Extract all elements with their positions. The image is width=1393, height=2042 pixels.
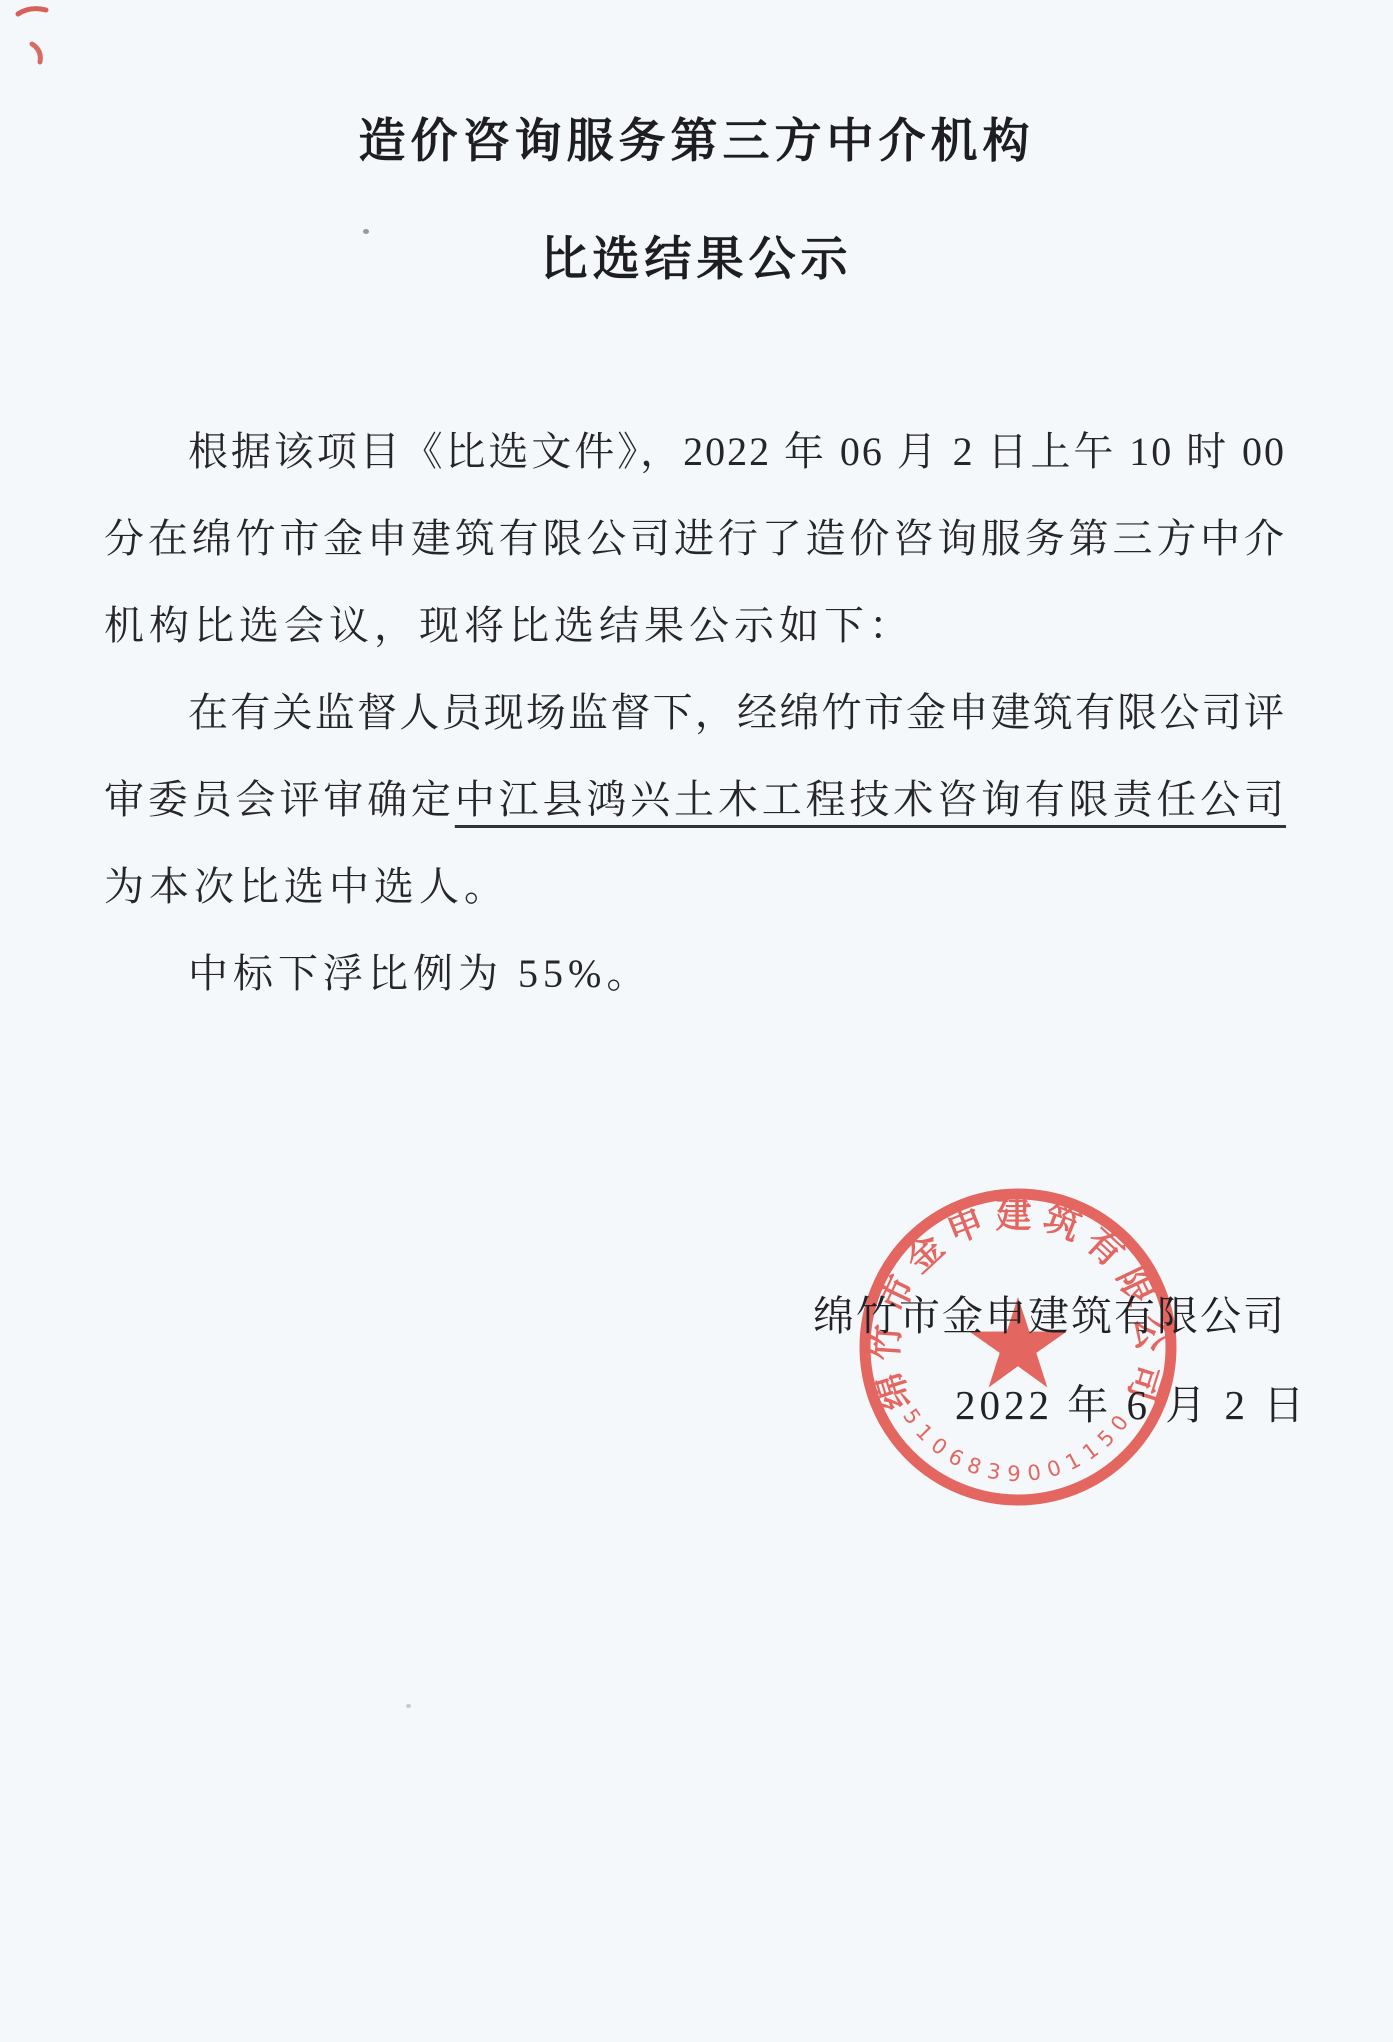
scan-speck <box>406 1704 411 1708</box>
body-line-4: 在有关监督人员现场监督下，经绵竹市金申建筑有限公司评 <box>104 681 1286 741</box>
scan-artifact-red-marks <box>6 0 76 80</box>
winner-company-underlined: 中江县鸿兴土木工程技术咨询有限责任公司 <box>455 777 1286 822</box>
signature-company: 绵竹市金申建筑有限公司 <box>813 1283 1286 1342</box>
company-seal: 绵竹市金申建筑有限公司 5106839001150 <box>853 1182 1183 1512</box>
scan-artifact-stroke-1 <box>18 9 46 14</box>
scan-speck <box>363 229 369 234</box>
body-line-1: 根据该项目《比选文件》，2022 年 06 月 2 日上午 10 时 00 <box>104 420 1286 480</box>
body-line-5-prefix: 审委员会评审确定 <box>104 777 455 822</box>
body-line-6: 为本次比选中选人。 <box>104 855 1286 915</box>
doc-title-line2: 比选结果公示 <box>0 222 1393 289</box>
signature-date: 2022 年 6 月 2 日 <box>955 1372 1308 1431</box>
doc-title-line1: 造价咨询服务第三方中介机构 <box>0 104 1393 171</box>
scan-artifact-stroke-2 <box>32 44 40 62</box>
body-line-2: 分在绵竹市金申建筑有限公司进行了造价咨询服务第三方中介 <box>104 507 1286 567</box>
body-line-5: 审委员会评审确定中江县鸿兴土木工程技术咨询有限责任公司 <box>104 768 1286 828</box>
document-page: 造价咨询服务第三方中介机构 比选结果公示 根据该项目《比选文件》，2022 年 … <box>0 0 1393 2042</box>
body-line-3: 机构比选会议，现将比选结果公示如下： <box>104 594 1286 654</box>
body-line-7: 中标下浮比例为 55%。 <box>104 942 1286 1002</box>
